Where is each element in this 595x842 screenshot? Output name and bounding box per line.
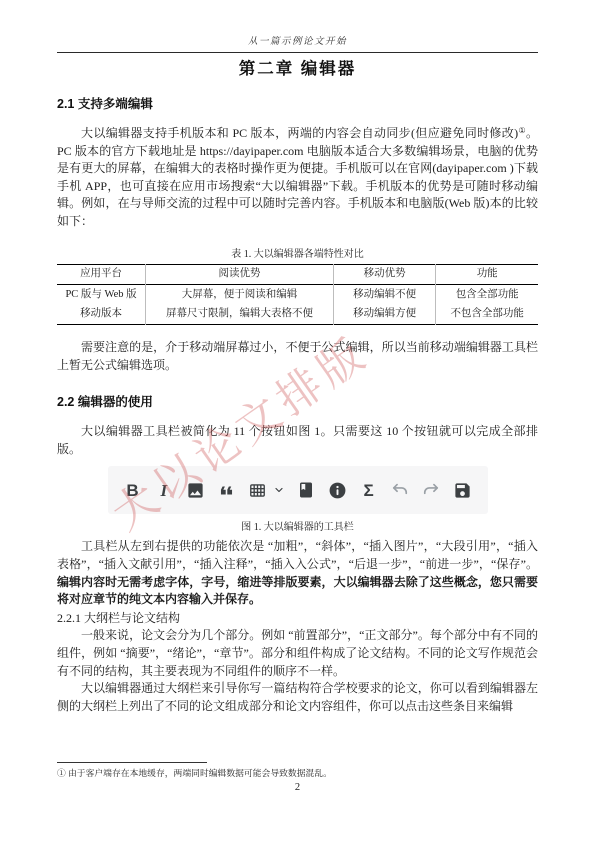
column-header: 功能 [436, 264, 538, 285]
footnote-text: ① 由于客户端存在本地缓存，两端同时编辑数据可能会导致数据混乱。 [57, 767, 538, 779]
insert-table-icon [247, 479, 269, 501]
info-icon [326, 479, 348, 501]
figure-caption: 图 1. 大以编辑器的工具栏 [57, 522, 538, 534]
paragraph-note: 需要注意的是，介于移动端屏幕过小，不便于公式编辑，所以当前移动端编辑器工具栏上暂… [57, 339, 538, 374]
paragraph-toolbar-intro: 大以编辑器工具栏被简化为 11 个按钮如图 1。只需要这 10 个按钮就可以完成… [57, 423, 538, 458]
paragraph-structure: 一般来说，论文会分为几个部分。例如 “前置部分”，“正文部分”。每个部分中有不同… [57, 627, 538, 680]
table-cell: 不包含全部功能 [436, 305, 538, 325]
paragraph-toolbar-functions: 工具栏从左到右提供的功能依次是 “加粗”，“斜体”，“插入图片”，“大段引用”，… [57, 538, 538, 608]
citation-book-icon [295, 479, 317, 501]
undo-icon [389, 479, 411, 501]
paragraph-multi-device: 大以编辑器支持手机版本和 PC 版本，两端的内容会自动同步(但应避免同时修改)①… [57, 125, 538, 231]
insert-image-icon [184, 479, 206, 501]
save-icon [451, 479, 473, 501]
table-caption: 表 1. 大以编辑器各端特性对比 [57, 249, 538, 261]
comparison-table: 应用平台 阅读优势 移动优势 功能 PC 版与 Web 版 大屏幕，便于阅读和编… [57, 264, 538, 326]
table-row: 移动版本 屏幕尺寸限制，编辑大表格不便 移动编辑方便 不包含全部功能 [57, 305, 538, 325]
table-cell: 大屏幕，便于阅读和编辑 [146, 285, 334, 305]
chapter-title: 第二章 编辑器 [57, 58, 538, 80]
blockquote-icon [215, 479, 237, 501]
section-heading-2-2: 2.2 编辑器的使用 [57, 395, 538, 410]
table-cell: 屏幕尺寸限制，编辑大表格不便 [146, 305, 334, 325]
bold-glyph: B [126, 482, 138, 499]
section-heading-2-2-1: 2.2.1 大纲栏与论文结构 [57, 610, 538, 628]
table-cell: PC 版与 Web 版 [57, 285, 146, 305]
running-head: 从一篇示例论文开始 [57, 33, 538, 53]
table-cell: 移动版本 [57, 305, 146, 325]
insert-table-group [247, 479, 286, 501]
table-cell: 移动编辑不便 [333, 285, 436, 305]
column-header: 应用平台 [57, 264, 146, 285]
italic-glyph: I [160, 482, 167, 499]
table-cell: 移动编辑方便 [333, 305, 436, 325]
paragraph-bold-text: 编辑内容时无需考虑字体，字号，缩进等排版要素，大以编辑器去除了这些概念，您只需要… [57, 575, 538, 607]
table-row: PC 版与 Web 版 大屏幕，便于阅读和编辑 移动编辑不便 包含全部功能 [57, 285, 538, 305]
section-heading-2-1: 2.1 支持多端编辑 [57, 97, 538, 112]
paragraph-outline: 大以编辑器通过大纲栏来引导你写一篇结构符合学校要求的论文，你可以看到编辑器左侧的… [57, 680, 538, 715]
formula-sigma-icon: Σ [358, 479, 380, 501]
table-cell: 包含全部功能 [436, 285, 538, 305]
chevron-down-icon [272, 479, 286, 501]
column-header: 阅读优势 [146, 264, 334, 285]
redo-icon [420, 479, 442, 501]
column-header: 移动优势 [333, 264, 436, 285]
footnote-separator [57, 762, 207, 763]
footnote-marker: ① [518, 126, 526, 135]
document-page: 从一篇示例论文开始 第二章 编辑器 2.1 支持多端编辑 大以编辑器支持手机版本… [0, 0, 595, 842]
sigma-glyph: Σ [363, 482, 373, 499]
bold-icon: B [122, 479, 144, 501]
toolbar-figure: B I Σ [108, 466, 488, 514]
italic-icon: I [153, 479, 175, 501]
table-header-row: 应用平台 阅读优势 移动优势 功能 [57, 264, 538, 285]
page-number: 2 [0, 782, 595, 793]
paragraph-text: 大以编辑器支持手机版本和 PC 版本，两端的内容会自动同步(但应避免同时修改) [81, 126, 518, 140]
paragraph-text: 。PC 版本的官方下载地址是 https://dayipaper.com 电脑版… [57, 126, 538, 228]
paragraph-text: 工具栏从左到右提供的功能依次是 “加粗”，“斜体”，“插入图片”，“大段引用”，… [57, 539, 538, 571]
